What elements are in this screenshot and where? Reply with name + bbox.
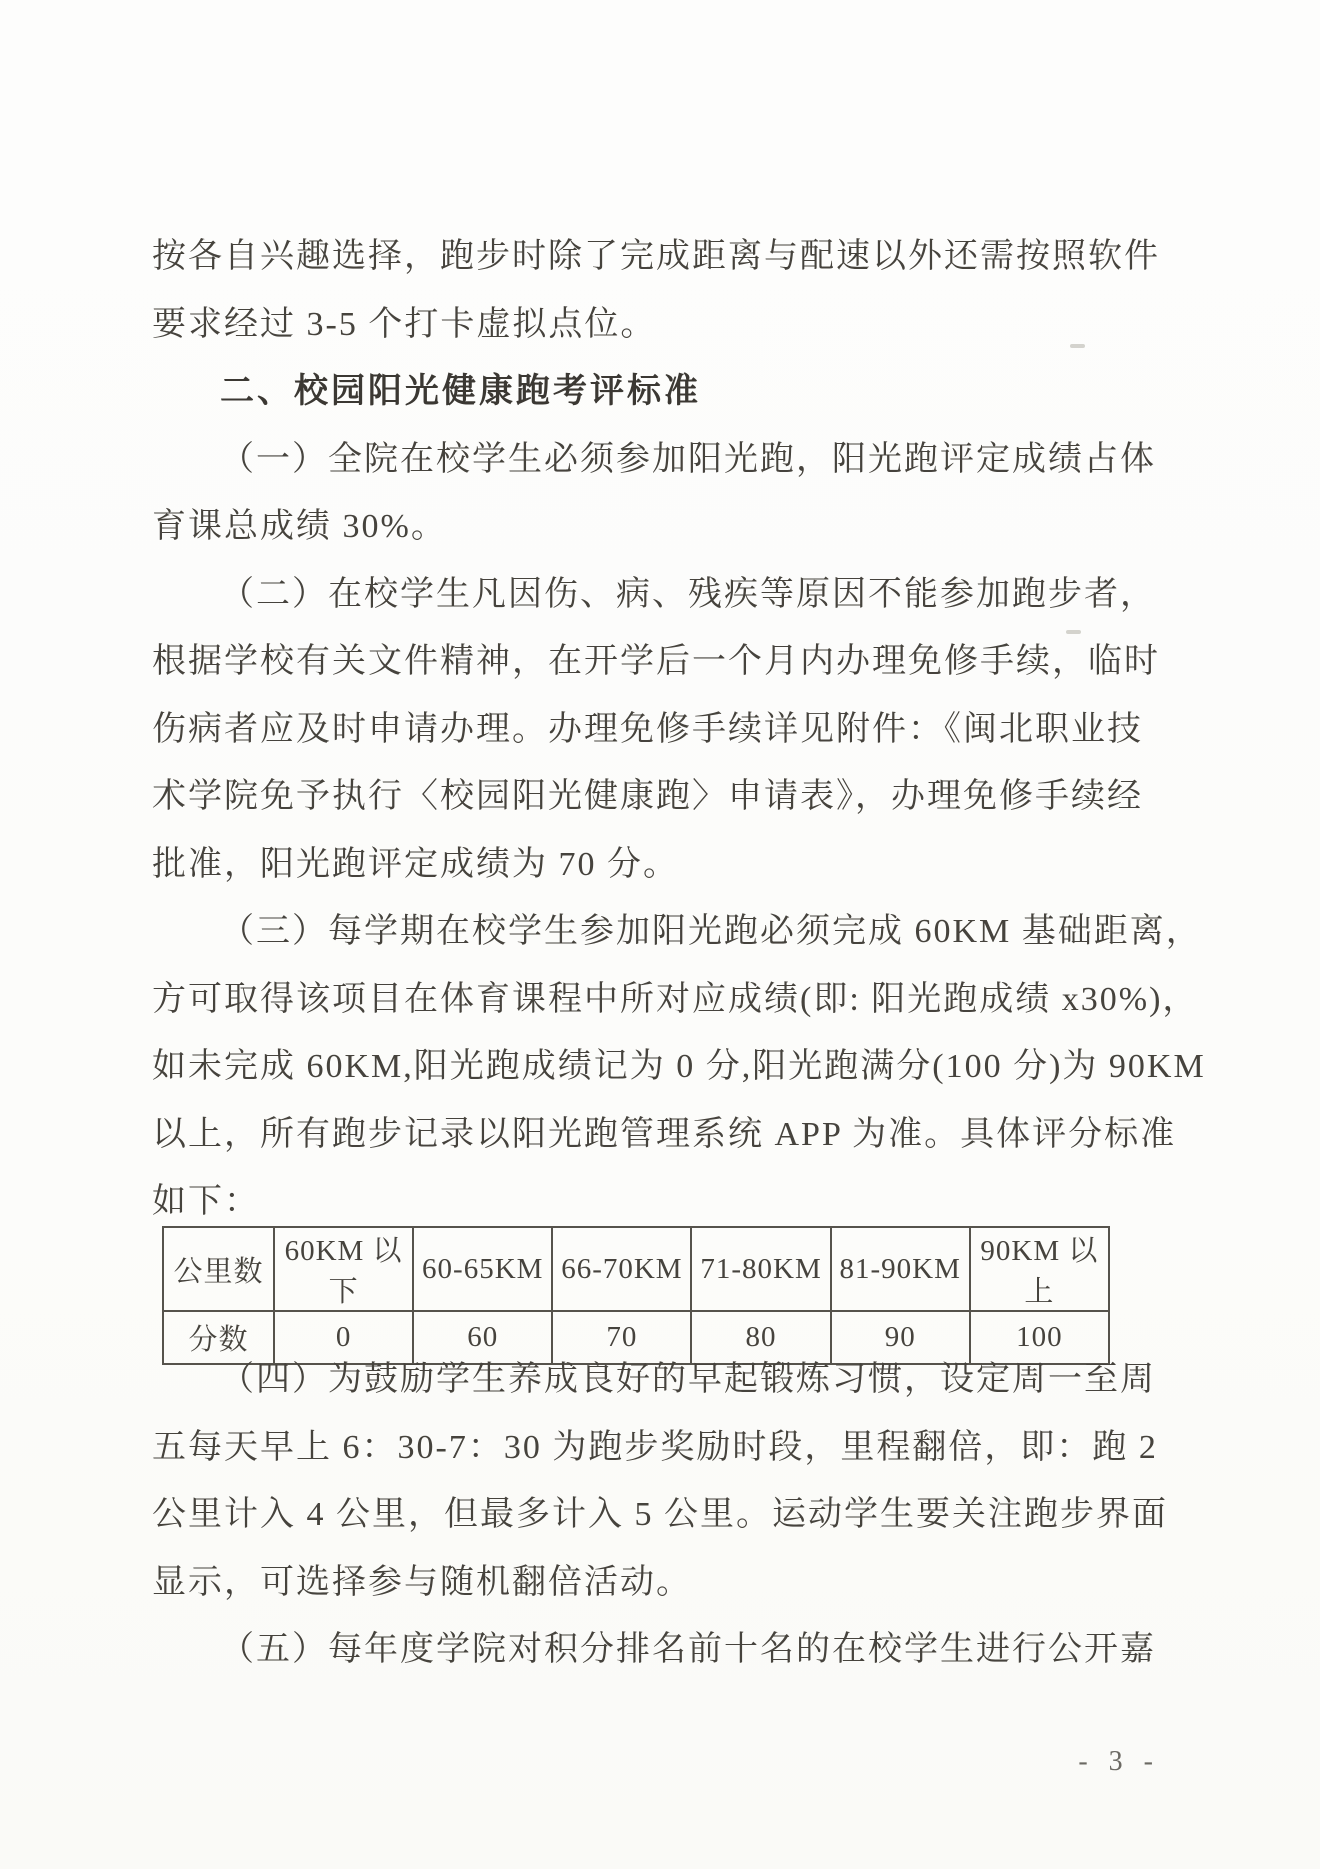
table-cell: 81-90KM	[831, 1227, 970, 1311]
paragraph-start: （四）为鼓励学生养成良好的早起锻炼习惯，设定周一至周	[152, 1346, 1164, 1414]
body-line: 如未完成 60KM,阳光跑成绩记为 0 分,阳光跑满分(100 分)为 90KM	[152, 1033, 1164, 1101]
table-header-row: 公里数 60KM 以下 60-65KM 66-70KM 71-80KM 81-9…	[163, 1227, 1109, 1311]
body-line: 根据学校有关文件精神，在开学后一个月内办理免修手续，临时	[152, 628, 1164, 696]
body-line: 按各自兴趣选择，跑步时除了完成距离与配速以外还需按照软件	[152, 223, 1164, 291]
body-line: 批准，阳光跑评定成绩为 70 分。	[152, 831, 1164, 899]
table-cell: 90KM 以上	[970, 1227, 1109, 1311]
body-line: 以上，所有跑步记录以阳光跑管理系统 APP 为准。具体评分标准	[152, 1101, 1164, 1169]
body-line: 伤病者应及时申请办理。办理免修手续详见附件：《闽北职业技	[152, 696, 1164, 764]
body-line: 显示，可选择参与随机翻倍活动。	[152, 1549, 1164, 1617]
page-number: - 3 -	[1078, 1745, 1160, 1779]
table-cell: 60KM 以下	[274, 1227, 413, 1311]
table-cell: 71-80KM	[691, 1227, 830, 1311]
table-cell: 66-70KM	[552, 1227, 691, 1311]
body-line: 公里计入 4 公里，但最多计入 5 公里。运动学生要关注跑步界面	[152, 1481, 1164, 1549]
lower-text-block: （四）为鼓励学生养成良好的早起锻炼习惯，设定周一至周 五每天早上 6：30-7：…	[152, 1346, 1164, 1684]
scan-artifact-dash	[1070, 344, 1085, 348]
upper-text-block: 按各自兴趣选择，跑步时除了完成距离与配速以外还需按照软件 要求经过 3-5 个打…	[152, 223, 1164, 1236]
paragraph-start: （五）每年度学院对积分排名前十名的在校学生进行公开嘉	[152, 1616, 1164, 1684]
body-line: 育课总成绩 30%。	[152, 493, 1164, 561]
body-line: 要求经过 3-5 个打卡虚拟点位。	[152, 291, 1164, 359]
paragraph-start: （二）在校学生凡因伤、病、残疾等原因不能参加跑步者，	[152, 561, 1164, 629]
section-heading: 二、校园阳光健康跑考评标准	[152, 358, 1164, 426]
scanned-document-page: 按各自兴趣选择，跑步时除了完成距离与配速以外还需按照软件 要求经过 3-5 个打…	[0, 0, 1320, 1869]
scan-artifact-dash	[1066, 630, 1081, 634]
table-cell: 公里数	[163, 1227, 274, 1311]
body-line: 方可取得该项目在体育课程中所对应成绩(即: 阳光跑成绩 x30%)，	[152, 966, 1164, 1034]
table-cell: 60-65KM	[413, 1227, 552, 1311]
score-table: 公里数 60KM 以下 60-65KM 66-70KM 71-80KM 81-9…	[162, 1226, 1110, 1365]
body-line: 术学院免予执行〈校园阳光健康跑〉申请表》，办理免修手续经	[152, 763, 1164, 831]
body-line: 五每天早上 6：30-7：30 为跑步奖励时段，里程翻倍，即：跑 2	[152, 1414, 1164, 1482]
paragraph-start: （一）全院在校学生必须参加阳光跑，阳光跑评定成绩占体	[152, 426, 1164, 494]
paragraph-start: （三）每学期在校学生参加阳光跑必须完成 60KM 基础距离，	[152, 898, 1164, 966]
